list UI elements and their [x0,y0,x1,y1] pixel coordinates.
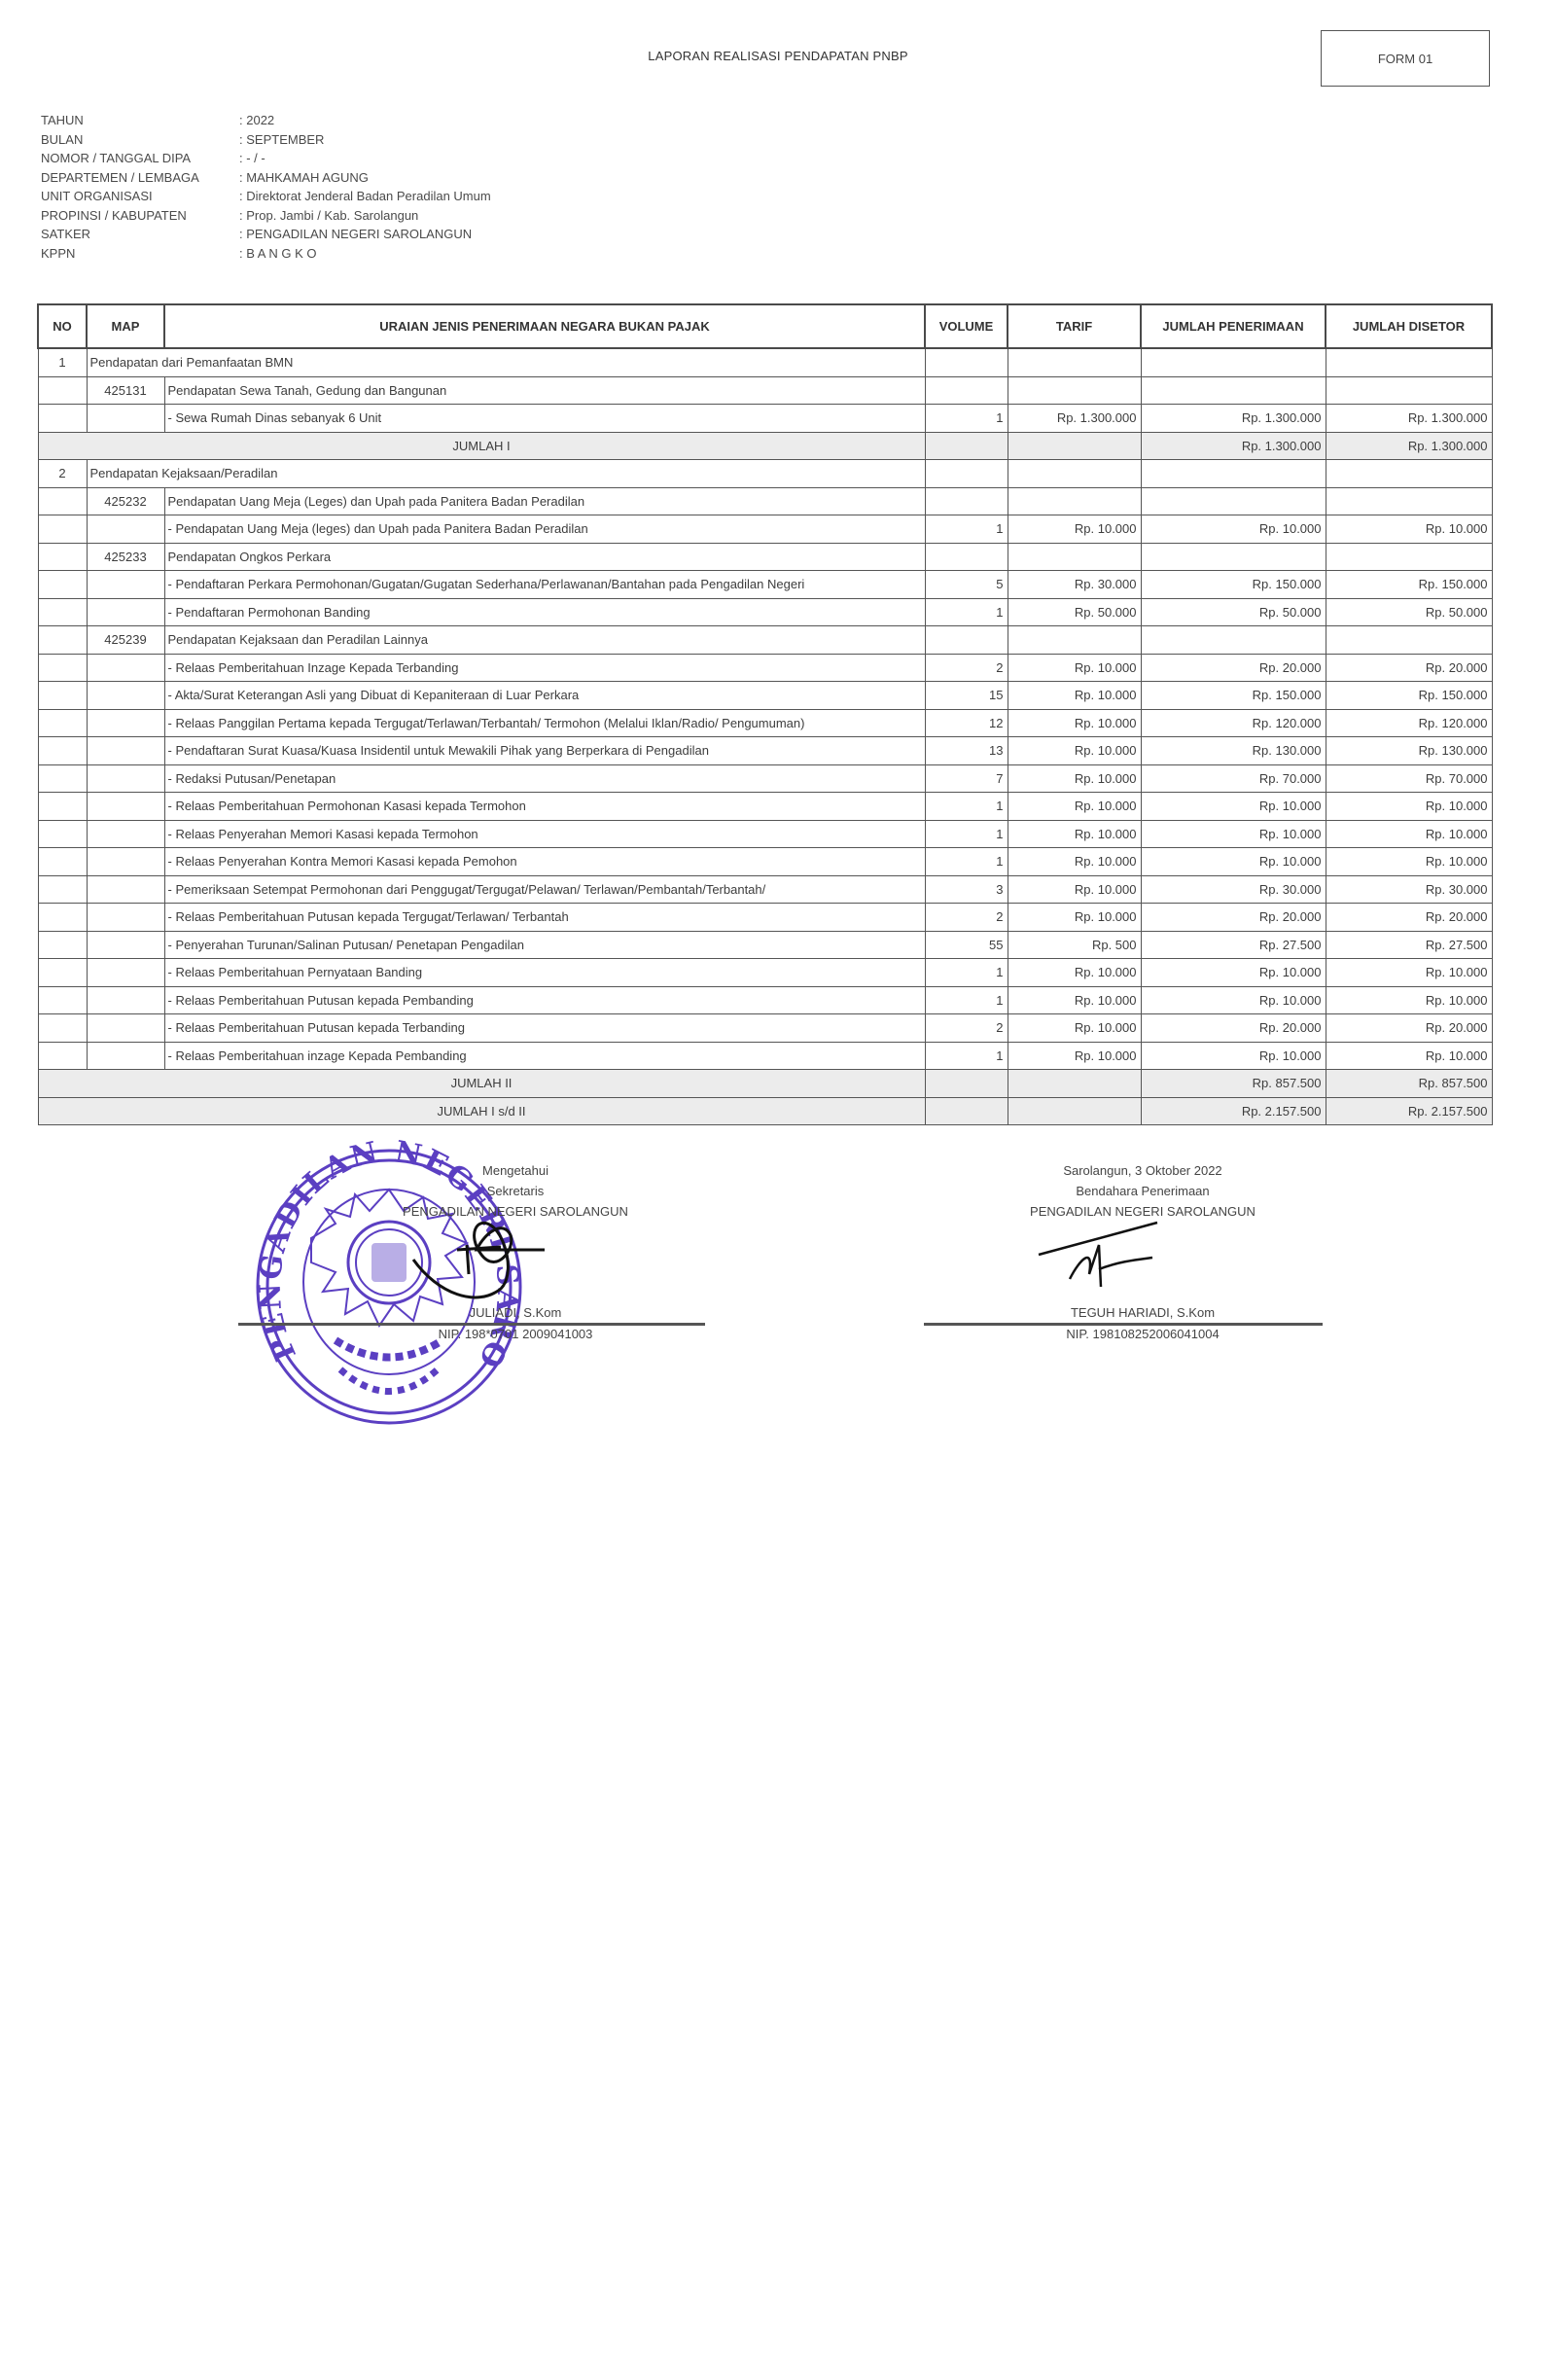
cell-no [38,487,87,515]
cell-uraian: Pendapatan Uang Meja (Leges) dan Upah pa… [164,487,925,515]
cell-volume [925,1070,1008,1098]
cell-map [87,515,164,544]
cell-uraian: - Relaas Pemberitahuan Permohonan Kasasi… [164,793,925,821]
table-row: - Relaas Pemberitahuan Putusan kepada Te… [38,904,1492,932]
meta-label: UNIT ORGANISASI [41,187,239,206]
meta-label: KPPN [41,244,239,264]
cell-penerimaan: Rp. 130.000 [1141,737,1326,765]
cell-map [87,654,164,682]
cell-volume: 1 [925,598,1008,626]
cell-disetor: Rp. 1.300.000 [1326,405,1492,433]
meta-value: SEPTEMBER [239,130,324,150]
cell-no [38,737,87,765]
cell-map [87,764,164,793]
cell-uraian: - Relaas Penyerahan Memori Kasasi kepada… [164,820,925,848]
cell-tarif: Rp. 10.000 [1008,654,1141,682]
cell-volume: 1 [925,848,1008,876]
cell-map [87,959,164,987]
cell-penerimaan: Rp. 20.000 [1141,654,1326,682]
cell-penerimaan: Rp. 27.500 [1141,931,1326,959]
meta-value: 2022 [239,111,274,130]
cell-volume: 1 [925,820,1008,848]
cell-disetor: Rp. 10.000 [1326,959,1492,987]
cell-tarif: Rp. 10.000 [1008,904,1141,932]
meta-row: BULANSEPTEMBER [41,130,491,150]
cell-disetor: Rp. 857.500 [1326,1070,1492,1098]
cell-no [38,543,87,571]
cell-uraian: Pendapatan Ongkos Perkara [164,543,925,571]
cell-tarif: Rp. 10.000 [1008,737,1141,765]
cell-tarif [1008,1070,1141,1098]
cell-disetor: Rp. 10.000 [1326,793,1492,821]
sig-left-nip: NIP. 198*0701 2009041003 [238,1326,793,1343]
cell-tarif [1008,543,1141,571]
cell-group-title: Pendapatan Kejaksaan/Peradilan [87,460,925,488]
cell-penerimaan: Rp. 10.000 [1141,515,1326,544]
cell-tarif: Rp. 10.000 [1008,793,1141,821]
sig-left-line2: Sekretaris [238,1181,793,1201]
cell-disetor: Rp. 1.300.000 [1326,432,1492,460]
cell-disetor: Rp. 130.000 [1326,737,1492,765]
cell-volume: 5 [925,571,1008,599]
cell-no: 2 [38,460,87,488]
cell-uraian: Pendapatan Sewa Tanah, Gedung dan Bangun… [164,376,925,405]
cell-tarif: Rp. 10.000 [1008,764,1141,793]
cell-uraian: - Relaas Penyerahan Kontra Memori Kasasi… [164,848,925,876]
cell-uraian: - Pemeriksaan Setempat Permohonan dari P… [164,875,925,904]
cell-no [38,820,87,848]
cell-penerimaan: Rp. 10.000 [1141,986,1326,1014]
cell-tarif: Rp. 500 [1008,931,1141,959]
cell-disetor: Rp. 20.000 [1326,904,1492,932]
cell-penerimaan: Rp. 20.000 [1141,904,1326,932]
cell-no [38,515,87,544]
table-row: - Relaas Penyerahan Kontra Memori Kasasi… [38,848,1492,876]
cell-no [38,848,87,876]
cell-tarif: Rp. 10.000 [1008,682,1141,710]
cell-volume [925,460,1008,488]
cell-volume: 12 [925,709,1008,737]
meta-row: NOMOR / TANGGAL DIPA- / - [41,149,491,168]
cell-map [87,820,164,848]
cell-no: 1 [38,348,87,376]
cell-volume [925,1097,1008,1125]
col-header-volume: VOLUME [925,304,1008,348]
cell-penerimaan: Rp. 1.300.000 [1141,405,1326,433]
cell-map: 425233 [87,543,164,571]
cell-penerimaan [1141,348,1326,376]
group-row: 1Pendapatan dari Pemanfaatan BMN [38,348,1492,376]
meta-label: DEPARTEMEN / LEMBAGA [41,168,239,188]
cell-volume: 3 [925,875,1008,904]
meta-label: NOMOR / TANGGAL DIPA [41,149,239,168]
cell-volume: 1 [925,793,1008,821]
meta-value: - / - [239,149,265,168]
cell-no [38,875,87,904]
cell-map [87,904,164,932]
table-row: - Relaas Pemberitahuan Inzage Kepada Ter… [38,654,1492,682]
cell-no [38,959,87,987]
cell-map [87,931,164,959]
cell-volume: 1 [925,1042,1008,1070]
cell-penerimaan: Rp. 150.000 [1141,682,1326,710]
map-row: 425131Pendapatan Sewa Tanah, Gedung dan … [38,376,1492,405]
cell-tarif [1008,460,1141,488]
cell-disetor: Rp. 2.157.500 [1326,1097,1492,1125]
col-header-no: NO [38,304,87,348]
meta-row: TAHUN2022 [41,111,491,130]
table-row: - Relaas Pemberitahuan Permohonan Kasasi… [38,793,1492,821]
cell-total-label: JUMLAH I [38,432,925,460]
cell-disetor [1326,348,1492,376]
total-row: JUMLAH IRp. 1.300.000Rp. 1.300.000 [38,432,1492,460]
cell-map [87,571,164,599]
cell-volume [925,543,1008,571]
cell-no [38,709,87,737]
cell-penerimaan: Rp. 150.000 [1141,571,1326,599]
cell-volume [925,626,1008,655]
cell-map: 425232 [87,487,164,515]
cell-volume: 2 [925,654,1008,682]
report-metadata: TAHUN2022BULANSEPTEMBERNOMOR / TANGGAL D… [41,111,491,263]
cell-penerimaan [1141,487,1326,515]
total-row: JUMLAH IIRp. 857.500Rp. 857.500 [38,1070,1492,1098]
cell-disetor: Rp. 50.000 [1326,598,1492,626]
cell-map [87,405,164,433]
sig-right-line1: Sarolangun, 3 Oktober 2022 [924,1160,1361,1181]
cell-penerimaan: Rp. 10.000 [1141,793,1326,821]
meta-value: PENGADILAN NEGERI SAROLANGUN [239,225,472,244]
sig-right-line3: PENGADILAN NEGERI SAROLANGUN [924,1201,1361,1222]
map-row: 425232Pendapatan Uang Meja (Leges) dan U… [38,487,1492,515]
cell-total-label: JUMLAH II [38,1070,925,1098]
cell-disetor [1326,543,1492,571]
cell-no [38,405,87,433]
cell-penerimaan: Rp. 1.300.000 [1141,432,1326,460]
cell-volume: 1 [925,405,1008,433]
table-body: 1Pendapatan dari Pemanfaatan BMN425131Pe… [38,348,1492,1125]
cell-tarif: Rp. 10.000 [1008,515,1141,544]
signature-block-secretary: Mengetahui Sekretaris PENGADILAN NEGERI … [238,1160,793,1343]
cell-map [87,598,164,626]
cell-penerimaan: Rp. 20.000 [1141,1014,1326,1043]
cell-disetor: Rp. 150.000 [1326,571,1492,599]
table-row: - Relaas Pemberitahuan Putusan kepada Te… [38,1014,1492,1043]
cell-map [87,737,164,765]
cell-penerimaan [1141,626,1326,655]
sig-left-line3: PENGADILAN NEGERI SAROLANGUN [238,1201,793,1222]
cell-disetor: Rp. 10.000 [1326,515,1492,544]
table-row: - Relaas Penyerahan Memori Kasasi kepada… [38,820,1492,848]
cell-uraian: - Pendaftaran Permohonan Banding [164,598,925,626]
cell-volume [925,432,1008,460]
cell-tarif [1008,348,1141,376]
cell-no [38,1042,87,1070]
map-row: 425233Pendapatan Ongkos Perkara [38,543,1492,571]
cell-disetor: Rp. 10.000 [1326,820,1492,848]
cell-penerimaan: Rp. 2.157.500 [1141,1097,1326,1125]
table-row: - Akta/Surat Keterangan Asli yang Dibuat… [38,682,1492,710]
cell-no [38,654,87,682]
cell-penerimaan: Rp. 857.500 [1141,1070,1326,1098]
meta-value: MAHKAMAH AGUNG [239,168,369,188]
pnbp-table: NO MAP URAIAN JENIS PENERIMAAN NEGARA BU… [37,303,1493,1125]
cell-volume: 55 [925,931,1008,959]
cell-penerimaan: Rp. 50.000 [1141,598,1326,626]
cell-no [38,764,87,793]
cell-no [38,598,87,626]
total-row: JUMLAH I s/d IIRp. 2.157.500Rp. 2.157.50… [38,1097,1492,1125]
cell-disetor: Rp. 120.000 [1326,709,1492,737]
cell-disetor [1326,487,1492,515]
cell-disetor [1326,376,1492,405]
cell-map [87,986,164,1014]
cell-tarif: Rp. 10.000 [1008,709,1141,737]
cell-uraian: - Akta/Surat Keterangan Asli yang Dibuat… [164,682,925,710]
cell-group-title: Pendapatan dari Pemanfaatan BMN [87,348,925,376]
cell-penerimaan: Rp. 70.000 [1141,764,1326,793]
cell-volume: 7 [925,764,1008,793]
meta-row: KPPNB A N G K O [41,244,491,264]
cell-uraian: Pendapatan Kejaksaan dan Peradilan Lainn… [164,626,925,655]
meta-label: TAHUN [41,111,239,130]
cell-tarif: Rp. 50.000 [1008,598,1141,626]
cell-tarif [1008,626,1141,655]
cell-total-label: JUMLAH I s/d II [38,1097,925,1125]
cell-uraian: - Redaksi Putusan/Penetapan [164,764,925,793]
group-row: 2Pendapatan Kejaksaan/Peradilan [38,460,1492,488]
cell-volume: 1 [925,515,1008,544]
cell-tarif: Rp. 10.000 [1008,848,1141,876]
cell-tarif [1008,487,1141,515]
cell-uraian: - Sewa Rumah Dinas sebanyak 6 Unit [164,405,925,433]
cell-no [38,904,87,932]
cell-uraian: - Relaas Pemberitahuan inzage Kepada Pem… [164,1042,925,1070]
cell-disetor [1326,626,1492,655]
cell-uraian: - Pendaftaran Perkara Permohonan/Gugatan… [164,571,925,599]
cell-penerimaan: Rp. 10.000 [1141,959,1326,987]
cell-disetor: Rp. 27.500 [1326,931,1492,959]
cell-disetor: Rp. 20.000 [1326,1014,1492,1043]
sig-right-nip: NIP. 198108252006041004 [924,1326,1361,1343]
meta-label: PROPINSI / KABUPATEN [41,206,239,226]
cell-disetor: Rp. 30.000 [1326,875,1492,904]
cell-volume: 2 [925,1014,1008,1043]
table-header-row: NO MAP URAIAN JENIS PENERIMAAN NEGARA BU… [38,304,1492,348]
cell-no [38,682,87,710]
col-header-uraian: URAIAN JENIS PENERIMAAN NEGARA BUKAN PAJ… [164,304,925,348]
cell-map [87,709,164,737]
cell-uraian: - Relaas Pemberitahuan Putusan kepada Te… [164,904,925,932]
cell-tarif [1008,1097,1141,1125]
cell-penerimaan [1141,376,1326,405]
cell-no [38,793,87,821]
cell-penerimaan: Rp. 30.000 [1141,875,1326,904]
cell-map [87,682,164,710]
col-header-jumlah-disetor: JUMLAH DISETOR [1326,304,1492,348]
sig-left-name: JULIADI, S.Kom [238,1302,793,1323]
table-row: - Redaksi Putusan/Penetapan7Rp. 10.000Rp… [38,764,1492,793]
meta-row: DEPARTEMEN / LEMBAGAMAHKAMAH AGUNG [41,168,491,188]
cell-penerimaan [1141,543,1326,571]
cell-penerimaan: Rp. 10.000 [1141,1042,1326,1070]
meta-label: SATKER [41,225,239,244]
cell-volume [925,487,1008,515]
cell-uraian: - Relaas Pemberitahuan Inzage Kepada Ter… [164,654,925,682]
cell-volume [925,376,1008,405]
cell-tarif: Rp. 10.000 [1008,986,1141,1014]
cell-volume: 13 [925,737,1008,765]
cell-map [87,793,164,821]
cell-disetor: Rp. 10.000 [1326,1042,1492,1070]
cell-uraian: - Penyerahan Turunan/Salinan Putusan/ Pe… [164,931,925,959]
cell-no [38,986,87,1014]
cell-volume: 15 [925,682,1008,710]
meta-row: UNIT ORGANISASIDirektorat Jenderal Badan… [41,187,491,206]
meta-label: BULAN [41,130,239,150]
signature-block-treasurer: Sarolangun, 3 Oktober 2022 Bendahara Pen… [924,1160,1361,1343]
cell-uraian: - Pendapatan Uang Meja (leges) dan Upah … [164,515,925,544]
meta-row: PROPINSI / KABUPATENProp. Jambi / Kab. S… [41,206,491,226]
cell-penerimaan: Rp. 120.000 [1141,709,1326,737]
cell-no [38,376,87,405]
meta-value: Direktorat Jenderal Badan Peradilan Umum [239,187,491,206]
table-row: - Penyerahan Turunan/Salinan Putusan/ Pe… [38,931,1492,959]
cell-uraian: - Relaas Pemberitahuan Pernyataan Bandin… [164,959,925,987]
cell-no [38,931,87,959]
cell-uraian: - Pendaftaran Surat Kuasa/Kuasa Insident… [164,737,925,765]
col-header-jumlah-penerimaan: JUMLAH PENERIMAAN [1141,304,1326,348]
table-row: - Pendaftaran Surat Kuasa/Kuasa Insident… [38,737,1492,765]
table-row: - Relaas Panggilan Pertama kepada Tergug… [38,709,1492,737]
cell-map [87,1042,164,1070]
cell-volume: 1 [925,986,1008,1014]
cell-tarif: Rp. 10.000 [1008,820,1141,848]
cell-tarif [1008,432,1141,460]
cell-penerimaan [1141,460,1326,488]
cell-volume: 2 [925,904,1008,932]
cell-no [38,1014,87,1043]
cell-tarif: Rp. 30.000 [1008,571,1141,599]
cell-tarif [1008,376,1141,405]
map-row: 425239Pendapatan Kejaksaan dan Peradilan… [38,626,1492,655]
form-code: FORM 01 [1378,52,1432,66]
cell-map [87,848,164,876]
cell-no [38,571,87,599]
meta-value: Prop. Jambi / Kab. Sarolangun [239,206,418,226]
cell-map: 425131 [87,376,164,405]
cell-tarif: Rp. 10.000 [1008,959,1141,987]
cell-uraian: - Relaas Panggilan Pertama kepada Tergug… [164,709,925,737]
meta-row: SATKERPENGADILAN NEGERI SAROLANGUN [41,225,491,244]
cell-disetor: Rp. 10.000 [1326,848,1492,876]
table-row: - Relaas Pemberitahuan Putusan kepada Pe… [38,986,1492,1014]
table-row: - Relaas Pemberitahuan inzage Kepada Pem… [38,1042,1492,1070]
table-row: - Pendaftaran Perkara Permohonan/Gugatan… [38,571,1492,599]
table-row: - Relaas Pemberitahuan Pernyataan Bandin… [38,959,1492,987]
cell-map: 425239 [87,626,164,655]
cell-uraian: - Relaas Pemberitahuan Putusan kepada Te… [164,1014,925,1043]
sig-left-line1: Mengetahui [238,1160,793,1181]
table-row: - Sewa Rumah Dinas sebanyak 6 Unit1Rp. 1… [38,405,1492,433]
cell-volume: 1 [925,959,1008,987]
cell-tarif: Rp. 1.300.000 [1008,405,1141,433]
col-header-tarif: TARIF [1008,304,1141,348]
cell-no [38,626,87,655]
cell-volume [925,348,1008,376]
cell-penerimaan: Rp. 10.000 [1141,820,1326,848]
sig-right-name: TEGUH HARIADI, S.Kom [924,1302,1361,1323]
cell-disetor: Rp. 150.000 [1326,682,1492,710]
cell-disetor [1326,460,1492,488]
cell-tarif: Rp. 10.000 [1008,1014,1141,1043]
cell-tarif: Rp. 10.000 [1008,875,1141,904]
cell-disetor: Rp. 20.000 [1326,654,1492,682]
cell-uraian: - Relaas Pemberitahuan Putusan kepada Pe… [164,986,925,1014]
table-row: - Pendaftaran Permohonan Banding1Rp. 50.… [38,598,1492,626]
cell-map [87,875,164,904]
cell-penerimaan: Rp. 10.000 [1141,848,1326,876]
sig-right-line2: Bendahara Penerimaan [924,1181,1361,1201]
cell-disetor: Rp. 70.000 [1326,764,1492,793]
cell-disetor: Rp. 10.000 [1326,986,1492,1014]
col-header-map: MAP [87,304,164,348]
cell-map [87,1014,164,1043]
table-row: - Pendapatan Uang Meja (leges) dan Upah … [38,515,1492,544]
meta-value: B A N G K O [239,244,316,264]
table-row: - Pemeriksaan Setempat Permohonan dari P… [38,875,1492,904]
form-code-box: FORM 01 [1321,30,1490,87]
cell-tarif: Rp. 10.000 [1008,1042,1141,1070]
